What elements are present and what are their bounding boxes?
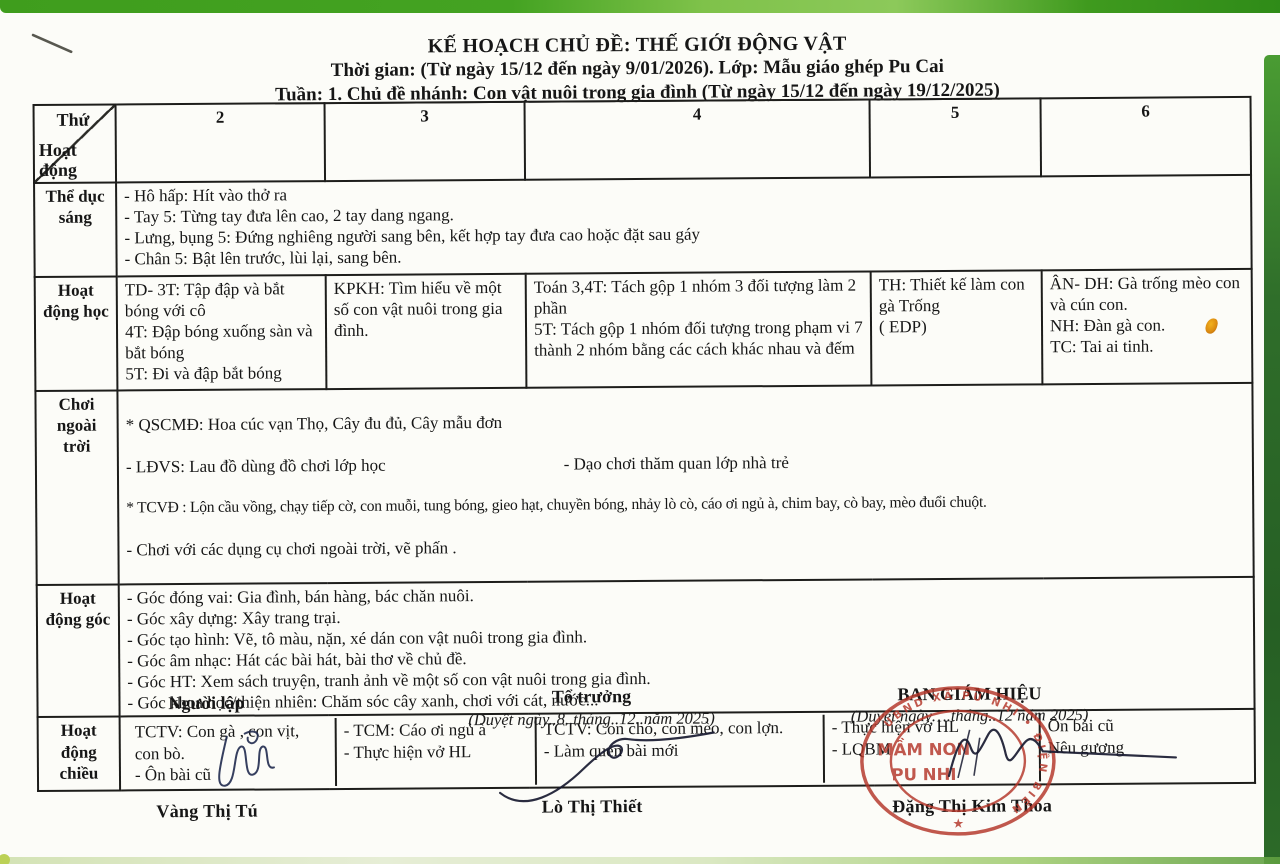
green-edge-right: [1264, 55, 1280, 864]
cell-outdoor: * QSCMĐ: Hoa cúc vạn Thọ, Cây đu đủ, Cây…: [117, 383, 1253, 584]
signer-name-dang-thi-kim-thoa: Đặng Thị Kim Thoa: [802, 795, 1142, 818]
cell-afternoon-day2: TCTV: Con gà , con vịt, con bò. - Ôn bài…: [128, 718, 337, 787]
outdoor-line-tcvd: * TCVĐ : Lộn cầu vồng, chạy tiếp cờ, con…: [126, 491, 1245, 518]
day-header-6: 6: [1041, 97, 1252, 176]
green-edge-bottom: [0, 857, 1280, 864]
corner-label-activity: Hoạt động: [39, 141, 105, 180]
approval-date-board: (Duyệt ngày….tháng..12 năm 2025): [790, 705, 1150, 727]
signer-name-lo-thi-thiet: Lò Thị Thiết: [432, 795, 752, 818]
signer-role-board: BAN GIÁM HIỆU: [789, 683, 1149, 706]
day-header-4: 4: [525, 99, 871, 179]
morning-exercise-row: Thể dục sáng - Hô hấp: Hít vào thở ra - …: [34, 175, 1252, 277]
outdoor-line-ldvs: - LĐVS: Lau đồ dùng đồ chơi lớp học - Dạ…: [126, 449, 1245, 477]
row-label-outdoor: Chơi ngoài trời: [35, 390, 118, 584]
outdoor-walk-text: - Dạo chơi thăm quan lớp nhà trẻ: [564, 452, 789, 475]
day-header-2: 2: [116, 103, 326, 182]
learning-activity-row: Hoạt động học TD- 3T: Tập đập và bắt bón…: [35, 269, 1253, 391]
cell-learning-day4: Toán 3,4T: Tách gộp 1 nhóm 3 đối tượng l…: [526, 271, 872, 387]
outdoor-line-tools: - Chơi với các dụng cụ chơi ngoài trời, …: [126, 532, 1245, 560]
row-label-learning: Hoạt động học: [35, 276, 118, 391]
approval-date-team-leader: (Duyệt ngày..8..tháng..12..năm 2025): [422, 708, 762, 730]
outdoor-line-qscmd: * QSCMĐ: Hoa cúc vạn Thọ, Cây đu đủ, Cây…: [126, 407, 1245, 435]
row-label-morning-exercise: Thể dục sáng: [34, 182, 117, 277]
row-label-afternoon: Hoạt động chiều: [38, 717, 120, 791]
cell-learning-day2: TD- 3T: Tập đập và bắt bóng với cô 4T: Đ…: [117, 275, 327, 390]
outdoor-play-row: Chơi ngoài trời * QSCMĐ: Hoa cúc vạn Thọ…: [35, 383, 1253, 585]
signer-role-team-leader: Tổ trưởng: [421, 685, 761, 708]
cell-learning-day5: TH: Thiết kế làm con gà Trống ( EDP): [871, 270, 1043, 385]
signer-name-vang-thi-tu: Vàng Thị Tú: [112, 800, 302, 822]
cell-morning-exercise: - Hô hấp: Hít vào thở ra - Tay 5: Từng t…: [116, 175, 1252, 277]
row-label-corner-activity: Hoạt động góc: [37, 584, 120, 717]
scanned-lesson-plan-page: KẾ HOẠCH CHỦ ĐỀ: THẾ GIỚI ĐỘNG VẬT Thời …: [0, 0, 1280, 864]
outdoor-ldvs-text: - LĐVS: Lau đồ dùng đồ chơi lớp học: [126, 455, 386, 478]
green-edge-top: [0, 0, 1280, 13]
day-header-3: 3: [325, 102, 526, 181]
day-header-5: 5: [870, 98, 1042, 177]
cell-learning-day6: ÂN- DH: Gà trống mèo con và cún con. NH:…: [1042, 269, 1253, 384]
cell-learning-day3: KPKH: Tìm hiểu về một số con vật nuôi tr…: [326, 274, 527, 389]
corner-label-day: Thứ: [57, 109, 90, 132]
corner-cell: Thứ Hoạt động: [34, 104, 117, 183]
header-row: Thứ Hoạt động 2 3 4 5 6: [34, 97, 1251, 183]
signer-role-preparer: Người lập: [111, 692, 301, 714]
green-speck-bottom-left: [0, 854, 10, 864]
stamp-star: ★: [952, 817, 964, 832]
